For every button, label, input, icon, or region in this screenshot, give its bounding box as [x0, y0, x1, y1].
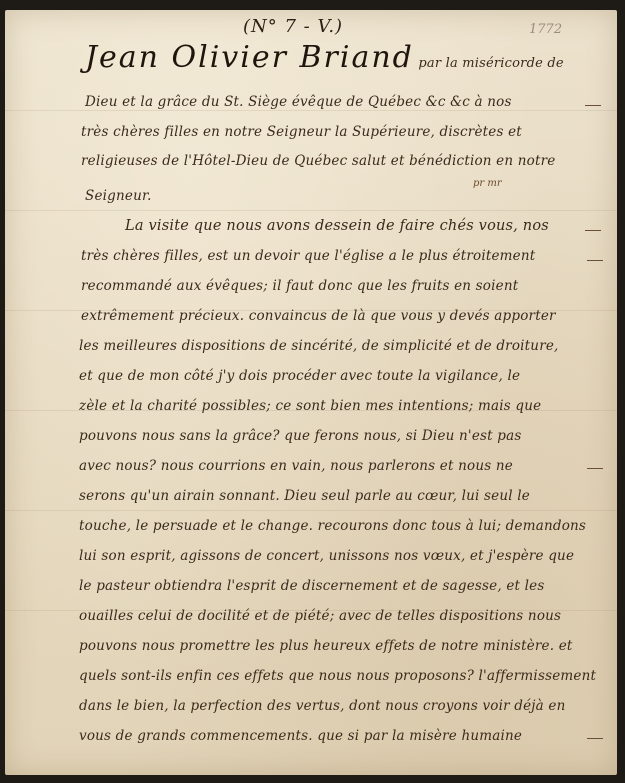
text-line: et que de mon côté j'y dois procéder ave…	[79, 368, 520, 384]
text-line: Dieu et la grâce du St. Siège évêque de …	[85, 94, 512, 110]
text-line: religieuses de l'Hôtel-Dieu de Québec sa…	[81, 153, 555, 169]
text-line: le pasteur obtiendra l'esprit de discern…	[79, 578, 544, 594]
text-line: Seigneur.	[85, 188, 152, 204]
text-line: quels sont-ils enfin ces effets que nous…	[79, 668, 596, 684]
text-line: très chères filles en notre Seigneur la …	[81, 124, 522, 140]
text-line: pouvons nous sans la grâce? que ferons n…	[79, 428, 521, 444]
line-filler-stroke	[587, 738, 603, 739]
title-line-continuation: par la miséricorde de	[418, 56, 563, 71]
title-line: Jean Olivier Briand par la miséricorde d…	[85, 40, 564, 75]
text-line: lui son esprit, agissons de concert, uni…	[79, 548, 574, 564]
text-line: serons qu'un airain sonnant. Dieu seul p…	[79, 488, 530, 504]
text-line: ouailles celui de docilité et de piété; …	[79, 608, 561, 624]
text-line: touche, le persuade et le change. recour…	[79, 518, 586, 534]
document-reference: (N° 7 - V.)	[243, 16, 343, 37]
text-line: vous de grands commencements. que si par…	[79, 728, 522, 744]
paragraph-start: La visite que nous avons dessein de fair…	[125, 218, 549, 234]
line-filler-stroke	[585, 105, 601, 106]
text-line: avec nous? nous courrions en vain, nous …	[79, 458, 513, 474]
manuscript-page: (N° 7 - V.) 1772 Jean Olivier Briand par…	[5, 10, 617, 775]
text-line: très chères filles, est un devoir que l'…	[81, 248, 535, 264]
paper-fold	[5, 110, 617, 111]
document-year: 1772	[529, 22, 562, 37]
margin-annotation: pr mr	[473, 178, 502, 189]
text-line: les meilleures dispositions de sincérité…	[79, 338, 559, 354]
text-line: dans le bien, la perfection des vertus, …	[79, 698, 566, 714]
paper-fold	[5, 510, 617, 511]
line-filler-stroke	[585, 230, 601, 231]
text-line: recommandé aux évêques; il faut donc que…	[81, 278, 518, 294]
text-line: extrêmement précieux. convaincus de là q…	[81, 308, 556, 324]
line-filler-stroke	[587, 260, 603, 261]
line-filler-stroke	[587, 468, 603, 469]
paper-fold	[5, 210, 617, 211]
text-line: pouvons nous promettre les plus heureux …	[79, 638, 573, 654]
text-line: zèle et la charité possibles; ce sont bi…	[79, 398, 541, 414]
author-name: Jean Olivier Briand	[85, 40, 414, 75]
